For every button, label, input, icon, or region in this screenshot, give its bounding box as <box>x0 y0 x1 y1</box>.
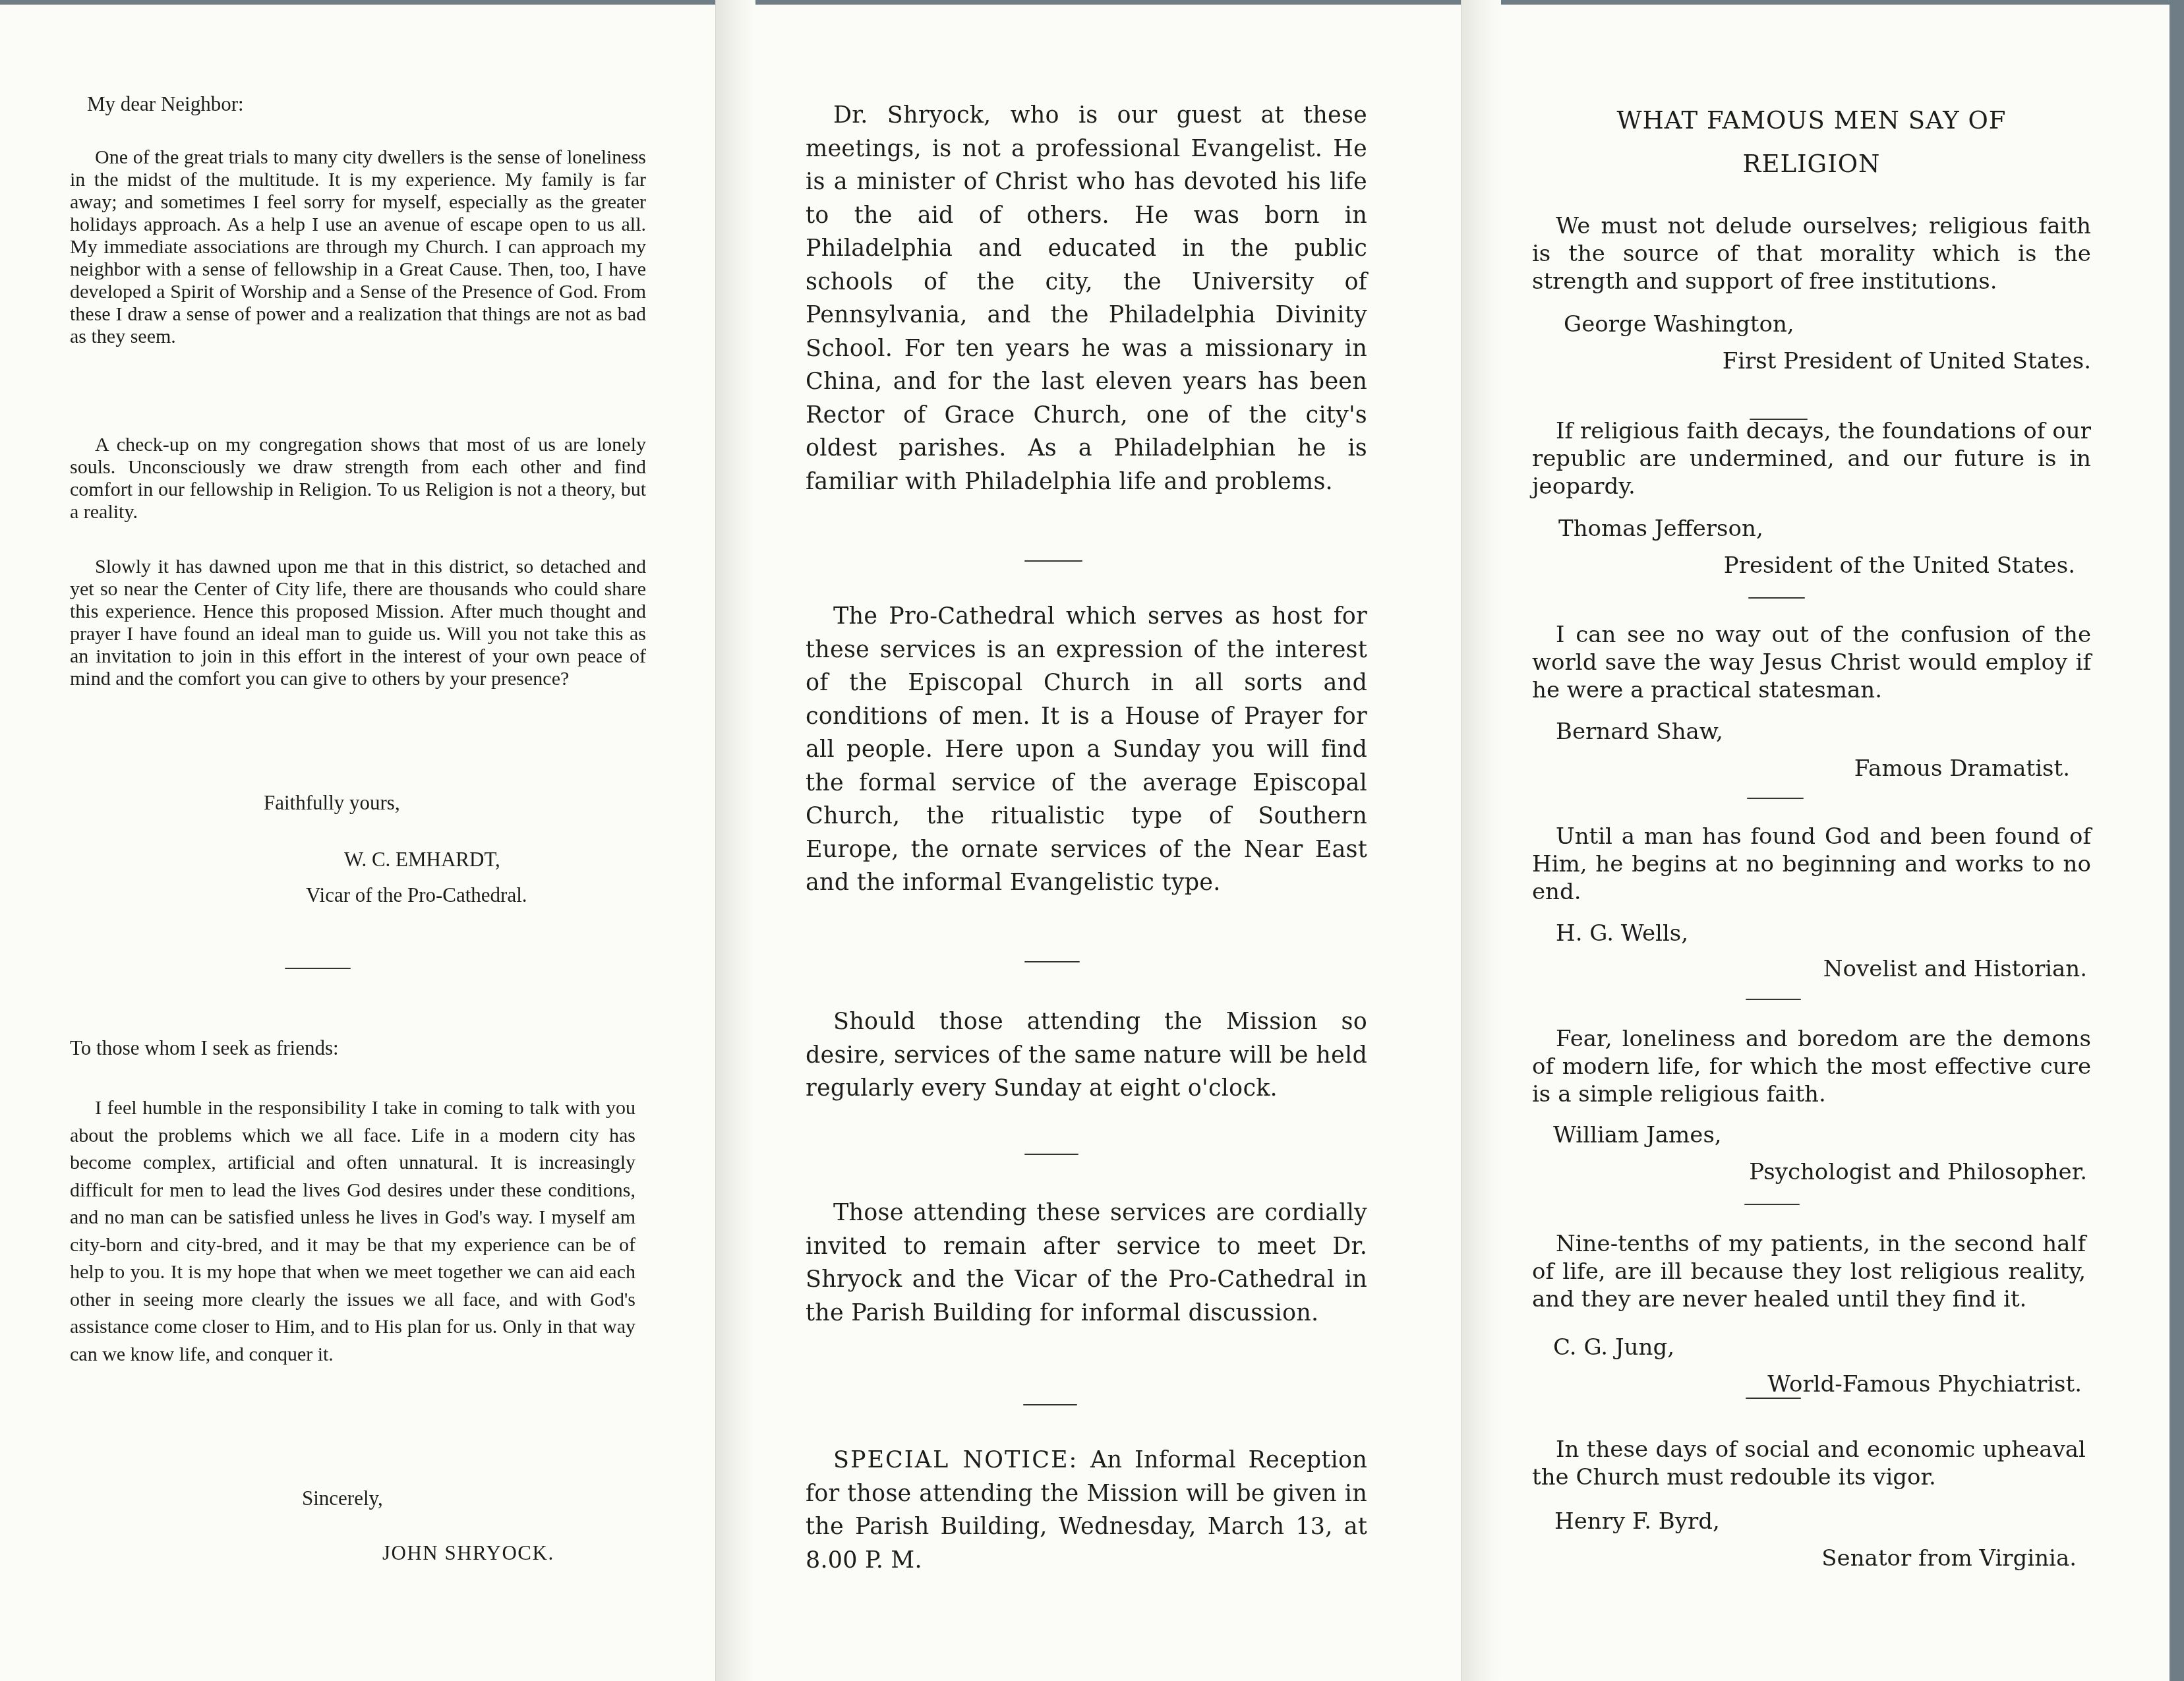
scan-border-top <box>0 0 2184 5</box>
letter1-salutation: My dear Neighbor: <box>87 92 244 116</box>
quotes-heading-line2: RELIGION <box>1532 142 2091 186</box>
quote-author-title: World-Famous Phychiatrist. <box>1767 1371 2082 1398</box>
section-divider <box>1024 961 1080 962</box>
quote-text: Nine-tenths of my patients, in the secon… <box>1532 1230 2086 1313</box>
section-divider <box>1746 999 1801 1000</box>
section-divider <box>1024 1154 1078 1155</box>
fold-crease-left <box>715 0 755 1681</box>
letter1-signer: W. C. EMHARDT, <box>344 848 500 871</box>
letter2-closing: Sincerely, <box>302 1487 383 1510</box>
special-notice: SPECIAL NOTICE: An Informal Reception fo… <box>806 1444 1367 1577</box>
scan-border-right <box>2169 0 2184 1681</box>
quote-author-title: First President of United States. <box>1723 348 2091 374</box>
section-divider <box>1747 798 1804 799</box>
quote-author-title: Novelist and Historian. <box>1823 956 2087 982</box>
quote-author-title: Famous Dramatist. <box>1854 755 2070 782</box>
quote-author-title: Senator from Virginia. <box>1821 1545 2077 1572</box>
quote-author-title: Psychologist and Philosopher. <box>1749 1159 2087 1185</box>
letter1-paragraph: One of the great trials to many city dwe… <box>70 146 646 348</box>
quote-text: Until a man has found God and been found… <box>1532 823 2091 906</box>
quote-text: If religious faith decays, the foundatio… <box>1532 417 2091 500</box>
quote-author: Bernard Shaw, <box>1556 719 1723 745</box>
letter1-closing: Faithfully yours, <box>264 791 400 815</box>
quote-author-title: President of the United States. <box>1724 552 2075 579</box>
guest-bio-paragraph: Dr. Shryock, who is our guest at these m… <box>806 99 1367 498</box>
quote-author: H. G. Wells, <box>1556 920 1688 947</box>
quote-author: George Washington, <box>1564 311 1794 338</box>
pro-cathedral-paragraph: The Pro-Cathedral which serves as host f… <box>806 600 1367 900</box>
quote-author: Henry F. Byrd, <box>1554 1508 1720 1535</box>
section-divider <box>285 968 351 969</box>
letter2-paragraph: I feel humble in the responsibility I ta… <box>70 1094 635 1368</box>
section-divider <box>1748 597 1805 599</box>
quote-author: C. G. Jung, <box>1553 1334 1674 1361</box>
letter1-paragraph: Slowly it has dawned upon me that in thi… <box>70 556 646 690</box>
quote-text: Fear, loneliness and boredom are the dem… <box>1532 1025 2091 1108</box>
letter2-salutation: To those whom I seek as friends: <box>70 1036 339 1060</box>
section-divider <box>1744 1204 1800 1205</box>
invitation-paragraph: Those attending these services are cordi… <box>806 1196 1367 1330</box>
section-divider <box>1023 1404 1077 1405</box>
quote-text: I can see no way out of the confusion of… <box>1532 621 2091 704</box>
quote-text: In these days of social and economic uph… <box>1532 1436 2086 1491</box>
special-notice-label: SPECIAL NOTICE: <box>833 1447 1078 1473</box>
quotes-heading-line1: WHAT FAMOUS MEN SAY OF <box>1532 99 2091 142</box>
section-divider <box>1024 560 1082 562</box>
letter2-signer: JOHN SHRYOCK. <box>382 1541 554 1565</box>
letter1-signer-title: Vicar of the Pro-Cathedral. <box>306 883 527 907</box>
quote-text: We must not delude ourselves; religious … <box>1532 212 2091 295</box>
sunday-services-paragraph: Should those attending the Mission so de… <box>806 1005 1367 1106</box>
letter1-paragraph: A check-up on my congregation shows that… <box>70 434 646 523</box>
section-divider <box>1746 1398 1801 1399</box>
fold-crease-right <box>1461 0 1501 1681</box>
quote-author: William James, <box>1553 1122 1722 1148</box>
quote-author: Thomas Jefferson, <box>1558 516 1763 542</box>
